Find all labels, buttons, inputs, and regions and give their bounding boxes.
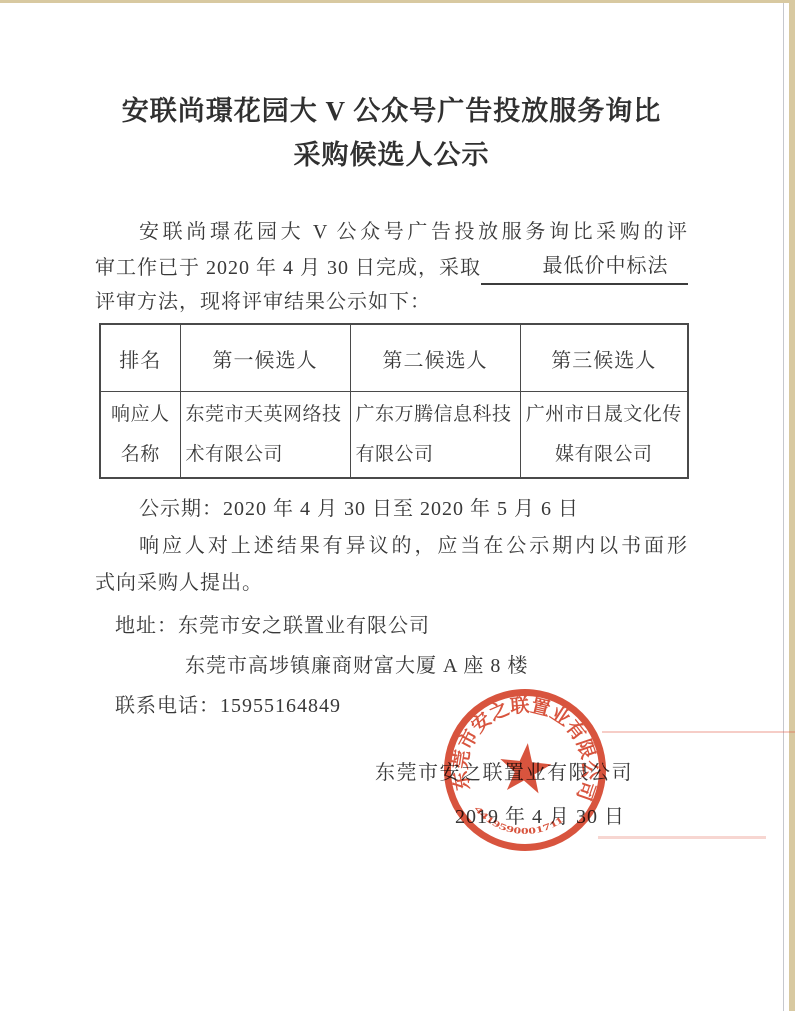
page-title: 安联尚璟花园大 V 公众号广告投放服务询比 采购候选人公示 <box>40 89 743 177</box>
company-seal: 东莞市安之联置业有限公司 4419590001711 <box>428 673 621 866</box>
header-candidate-2: 第二候选人 <box>350 324 520 392</box>
publicity-period-line: 公示期：2020 年 4 月 30 日至 2020 年 5 月 6 日 <box>95 491 688 528</box>
header-rank: 排名 <box>100 324 180 392</box>
title-line-1: 安联尚璟花园大 V 公众号广告投放服务询比 <box>40 89 743 133</box>
paragraph-line-3: 评审方法，现将评审结果公示如下： <box>95 285 688 319</box>
candidate-3-cell: 广州市日晟文化传 媒有限公司 <box>520 392 688 479</box>
address-line-2: 东莞市高埗镇廉商财富大厦 A 座 8 楼 <box>185 646 688 686</box>
title-line-2: 采购候选人公示 <box>40 133 743 177</box>
header-candidate-3: 第三候选人 <box>520 324 688 392</box>
address-line-1: 地址：东莞市安之联置业有限公司 <box>115 606 688 646</box>
paper-edge-line <box>783 3 784 1011</box>
paragraph-line-1: 安联尚璟花园大 V 公众号广告投放服务询比采购的评 <box>95 215 688 249</box>
table-row: 响应人 名称 东莞市天英网络技 术有限公司 广东万腾信息科技 有限公司 广州市日… <box>100 392 688 479</box>
scanner-bed-right-strip <box>789 0 795 1011</box>
header-candidate-1: 第一候选人 <box>180 324 350 392</box>
row-label-respondent-name: 响应人 名称 <box>100 392 180 479</box>
candidate-result-table: 排名 第一候选人 第二候选人 第三候选人 响应人 名称 东莞市天英网络技 术有限… <box>99 323 689 479</box>
paragraph-line-2-text: 审工作已于 2020 年 4 月 30 日完成，采取 <box>95 251 481 285</box>
candidate-2-cell: 广东万腾信息科技 有限公司 <box>350 392 520 479</box>
evaluation-method-underlined: 最低价中标法 <box>481 249 688 285</box>
document-page: 安联尚璟花园大 V 公众号广告投放服务询比 采购候选人公示 安联尚璟花园大 V … <box>0 3 783 829</box>
notice-paragraph: 安联尚璟花园大 V 公众号广告投放服务询比采购的评 审工作已于 2020 年 4… <box>95 215 688 319</box>
stamp-smudge-streak-bottom <box>598 836 766 839</box>
paragraph-line-2: 审工作已于 2020 年 4 月 30 日完成，采取 最低价中标法 <box>95 249 688 285</box>
address-company: 东莞市安之联置业有限公司 <box>178 615 430 637</box>
address-label: 地址： <box>115 615 178 637</box>
candidate-1-cell: 东莞市天英网络技 术有限公司 <box>180 392 350 479</box>
objection-line-1: 响应人对上述结果有异议的，应当在公示期内以书面形 <box>95 528 688 565</box>
objection-line-2: 式向采购人提出。 <box>95 565 688 602</box>
table-header-row: 排名 第一候选人 第二候选人 第三候选人 <box>100 324 688 392</box>
seal-star-icon <box>497 740 553 794</box>
stamp-smudge-streak-top <box>602 731 795 733</box>
